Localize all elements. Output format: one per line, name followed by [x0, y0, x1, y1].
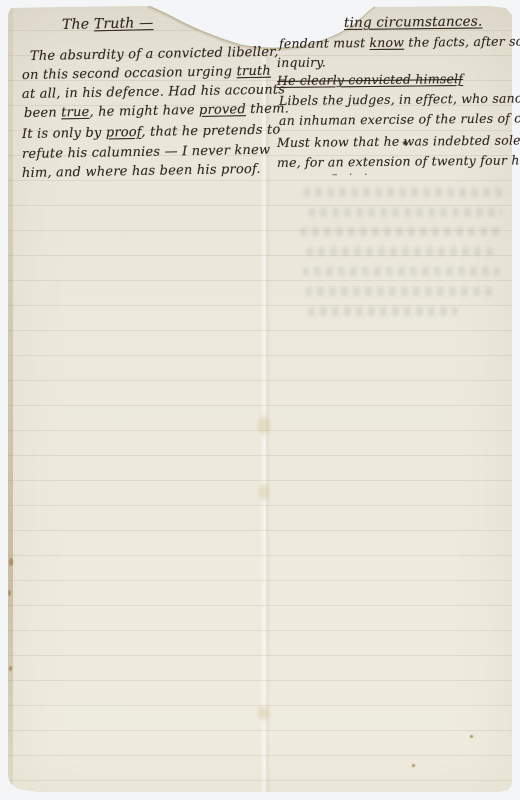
- scan-background: The Truth —The absurdity of a convicted …: [0, 0, 520, 800]
- handwritten-line-4: been true, he might have proved them.: [24, 102, 289, 122]
- handwritten-line-9: fendant must know the facts, after so mu…: [279, 34, 520, 51]
- handwritten-line-14: Must know that he was indebted solely to: [277, 133, 520, 150]
- handwritten-line-16: – · ·: [332, 169, 372, 182]
- handwritten-line-1: The absurdity of a convicted libeller,: [30, 46, 279, 65]
- handwritten-line-11: He clearly convicted himself: [277, 72, 463, 88]
- handwritten-line-0: The Truth —: [62, 15, 154, 33]
- handwritten-line-12: Libels the judges, in effect, who sancti…: [279, 91, 520, 108]
- handwritten-line-7: him, and where has been his proof.: [22, 163, 261, 182]
- handwritten-line-15: me, for an extension of twenty four hour…: [277, 153, 520, 170]
- handwritten-line-10: inquiry.: [277, 55, 326, 70]
- handwritten-line-13: an inhuman exercise of the rules of cour…: [279, 111, 520, 128]
- handwritten-line-5: It is only by proof, that he pretends to: [22, 123, 281, 142]
- handwritten-line-3: at all, in his defence. Had his accounts: [22, 83, 285, 103]
- handwritten-line-6: refute his calumnies — I never knew: [22, 144, 271, 163]
- handwritten-line-2: on this second occasion urging truth: [22, 65, 271, 84]
- handwriting-layer: The Truth —The absurdity of a convicted …: [0, 0, 520, 800]
- handwritten-line-8: ting circumstances.: [344, 15, 483, 32]
